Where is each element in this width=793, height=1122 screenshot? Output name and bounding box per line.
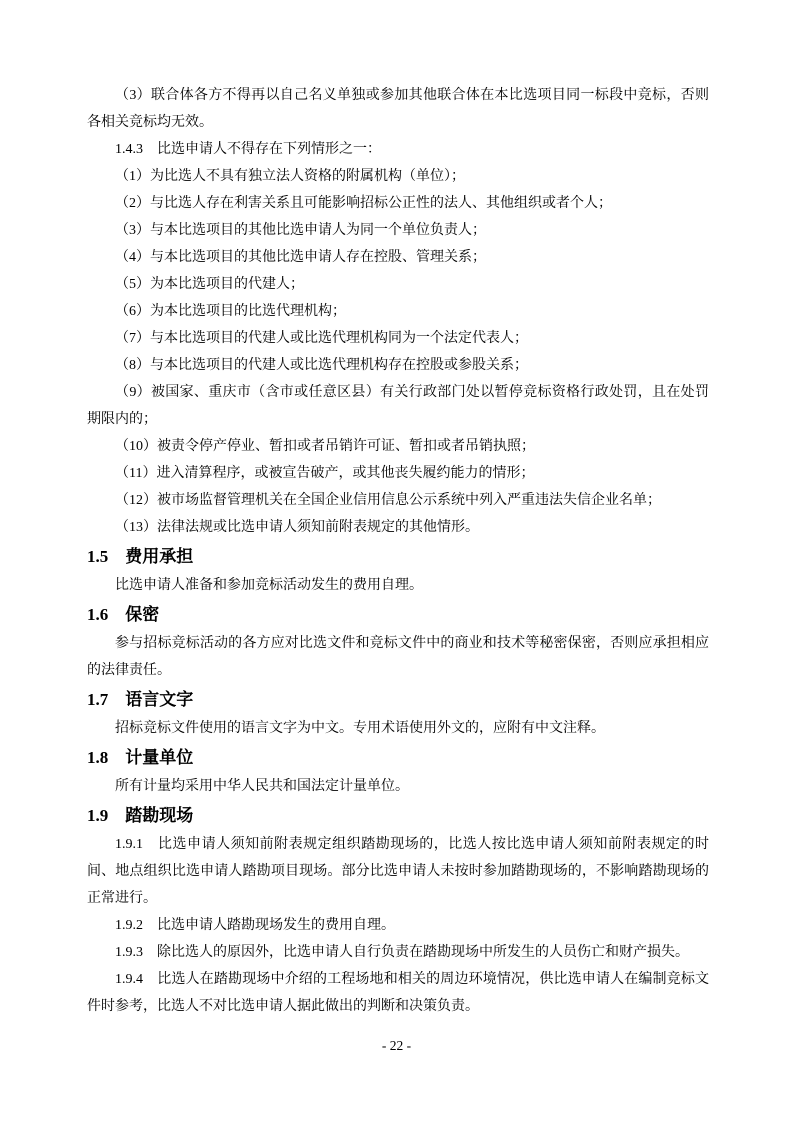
clause-item-13: （13）法律法规或比选申请人须知前附表规定的其他情形。 — [87, 514, 709, 541]
clause-item-9: （9）被国家、重庆市（含市或任意区县）有关行政部门处以暂停竞标资格行政处罚，且在… — [87, 379, 709, 433]
clause-item-8: （8）与本比选项目的代建人或比选代理机构存在控股或参股关系； — [87, 352, 709, 379]
section-heading-1-7-language: 1.7 语言文字 — [87, 684, 709, 715]
clause-1-9-1: 1.9.1 比选申请人须知前附表规定组织踏勘现场的，比选人按比选申请人须知前附表… — [87, 831, 709, 912]
clause-item-1: （1）为比选人不具有独立法人资格的附属机构（单位）； — [87, 163, 709, 190]
page-number: - 22 - — [0, 1036, 793, 1056]
clause-1-9-3: 1.9.3 除比选人的原因外，比选申请人自行负责在踏勘现场中所发生的人员伤亡和财… — [87, 939, 709, 966]
clause-1-9-2: 1.9.2 比选申请人踏勘现场发生的费用自理。 — [87, 912, 709, 939]
clause-1-4-3: 1.4.3 比选申请人不得存在下列情形之一： — [87, 136, 709, 163]
clause-1-7-body: 招标竞标文件使用的语言文字为中文。专用术语使用外文的，应附有中文注释。 — [87, 715, 709, 742]
clause-item-12: （12）被市场监督管理机关在全国企业信用信息公示系统中列入严重违法失信企业名单； — [87, 487, 709, 514]
clause-1-8-body: 所有计量均采用中华人民共和国法定计量单位。 — [87, 773, 709, 800]
clause-item-3: （3）与本比选项目的其他比选申请人为同一个单位负责人； — [87, 217, 709, 244]
clause-item-2: （2）与比选人存在利害关系且可能影响招标公正性的法人、其他组织或者个人； — [87, 190, 709, 217]
clause-item-5: （5）为本比选项目的代建人； — [87, 271, 709, 298]
clause-1-9-4: 1.9.4 比选人在踏勘现场中介绍的工程场地和相关的周边环境情况，供比选申请人在… — [87, 966, 709, 1020]
clause-joint-venture-restriction: （3）联合体各方不得再以自己名义单独或参加其他联合体在本比选项目同一标段中竞标，… — [87, 82, 709, 136]
section-heading-1-6-confidentiality: 1.6 保密 — [87, 599, 709, 630]
clause-1-6-body: 参与招标竞标活动的各方应对比选文件和竞标文件中的商业和技术等秘密保密，否则应承担… — [87, 630, 709, 684]
document-body: （3）联合体各方不得再以自己名义单独或参加其他联合体在本比选项目同一标段中竞标，… — [87, 82, 709, 1020]
clause-item-11: （11）进入清算程序，或被宣告破产，或其他丧失履约能力的情形； — [87, 460, 709, 487]
section-heading-1-5-fees: 1.5 费用承担 — [87, 541, 709, 572]
clause-item-6: （6）为本比选项目的比选代理机构； — [87, 298, 709, 325]
clause-item-4: （4）与本比选项目的其他比选申请人存在控股、管理关系； — [87, 244, 709, 271]
document-page: （3）联合体各方不得再以自己名义单独或参加其他联合体在本比选项目同一标段中竞标，… — [0, 0, 793, 1122]
section-heading-1-8-measurement-units: 1.8 计量单位 — [87, 742, 709, 773]
clause-1-5-body: 比选申请人准备和参加竞标活动发生的费用自理。 — [87, 572, 709, 599]
clause-item-10: （10）被责令停产停业、暂扣或者吊销许可证、暂扣或者吊销执照； — [87, 433, 709, 460]
section-heading-1-9-site-visit: 1.9 踏勘现场 — [87, 800, 709, 831]
clause-item-7: （7）与本比选项目的代建人或比选代理机构同为一个法定代表人； — [87, 325, 709, 352]
